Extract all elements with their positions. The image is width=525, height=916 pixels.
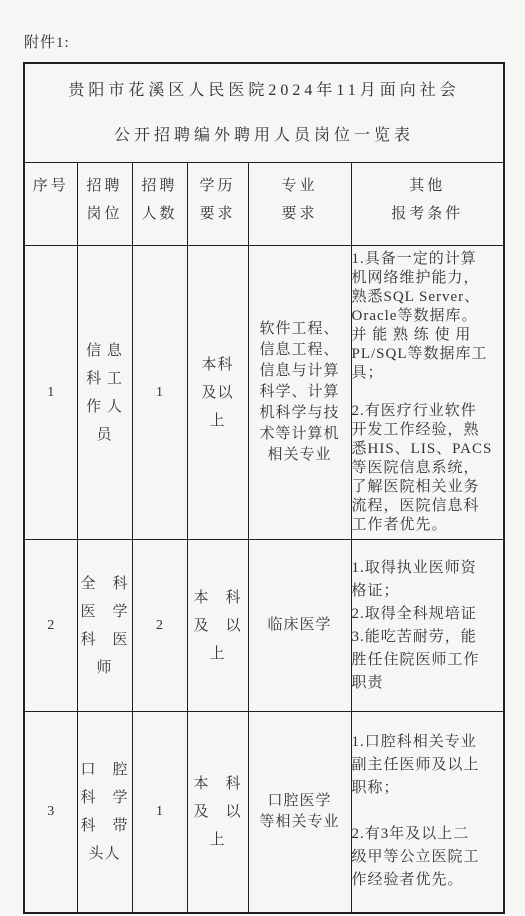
attachment-label: 附件1:: [24, 31, 70, 52]
col-header-other: 其他 报考条件: [351, 163, 504, 246]
col-header-major: 专业 要求: [248, 163, 351, 246]
table-title-line2: 公开招聘编外聘用人员岗位一览表: [25, 113, 503, 158]
seq-cell: 2: [24, 540, 77, 712]
education-cell: 本 科 及 以 上: [187, 540, 248, 712]
recruitment-positions-table: 贵阳市花溪区人民医院2024年11月面向社会 公开招聘编外聘用人员岗位一览表 序…: [23, 62, 505, 914]
table-row: 2 全 科 医 学 科 医 师 2 本 科 及 以 上 临床医学 1.取得执业医…: [24, 540, 504, 712]
seq-cell: 1: [24, 246, 77, 540]
other-conditions-cell: 1.口腔科相关专业 副主任医师及以上 职称； 2.有3年及以上二 级甲等公立医院…: [351, 712, 504, 913]
seq-cell: 3: [24, 712, 77, 913]
col-header-count: 招聘 人数: [132, 163, 187, 246]
table-title-line1: 贵阳市花溪区人民医院2024年11月面向社会: [25, 68, 503, 113]
position-cell: 全 科 医 学 科 医 师: [77, 540, 132, 712]
table-title-row: 贵阳市花溪区人民医院2024年11月面向社会 公开招聘编外聘用人员岗位一览表: [24, 63, 504, 163]
table-header-row: 序号 招聘 岗位 招聘 人数 学历 要求 专业 要求 其他 报考条件: [24, 163, 504, 246]
education-cell: 本 科 及 以 上: [187, 712, 248, 913]
education-cell: 本科 及以 上: [187, 246, 248, 540]
col-header-seq: 序号: [24, 163, 77, 246]
other-conditions-cell: 1.具备一定的计算 机网络维护能力， 熟悉SQL Server、 Oracle等…: [351, 246, 504, 540]
col-header-education: 学历 要求: [187, 163, 248, 246]
major-cell: 软件工程、 信息工程、 信息与计算 科学、计算 机科学与技 术等计算机 相关专业: [248, 246, 351, 540]
count-cell: 1: [132, 712, 187, 913]
table-row: 1 信 息 科 工 作 人 员 1 本科 及以 上 软件工程、 信息工程、 信息…: [24, 246, 504, 540]
count-cell: 1: [132, 246, 187, 540]
position-cell: 口 腔 科 学 科 带 头人: [77, 712, 132, 913]
major-cell: 临床医学: [248, 540, 351, 712]
count-cell: 2: [132, 540, 187, 712]
major-cell: 口腔医学 等相关专业: [248, 712, 351, 913]
other-conditions-cell: 1.取得执业医师资 格证； 2.取得全科规培证 3.能吃苦耐劳，能 胜任住院医师…: [351, 540, 504, 712]
table-title-cell: 贵阳市花溪区人民医院2024年11月面向社会 公开招聘编外聘用人员岗位一览表: [24, 63, 504, 163]
position-cell: 信 息 科 工 作 人 员: [77, 246, 132, 540]
table-row: 3 口 腔 科 学 科 带 头人 1 本 科 及 以 上 口腔医学 等相关专业 …: [24, 712, 504, 913]
col-header-position: 招聘 岗位: [77, 163, 132, 246]
